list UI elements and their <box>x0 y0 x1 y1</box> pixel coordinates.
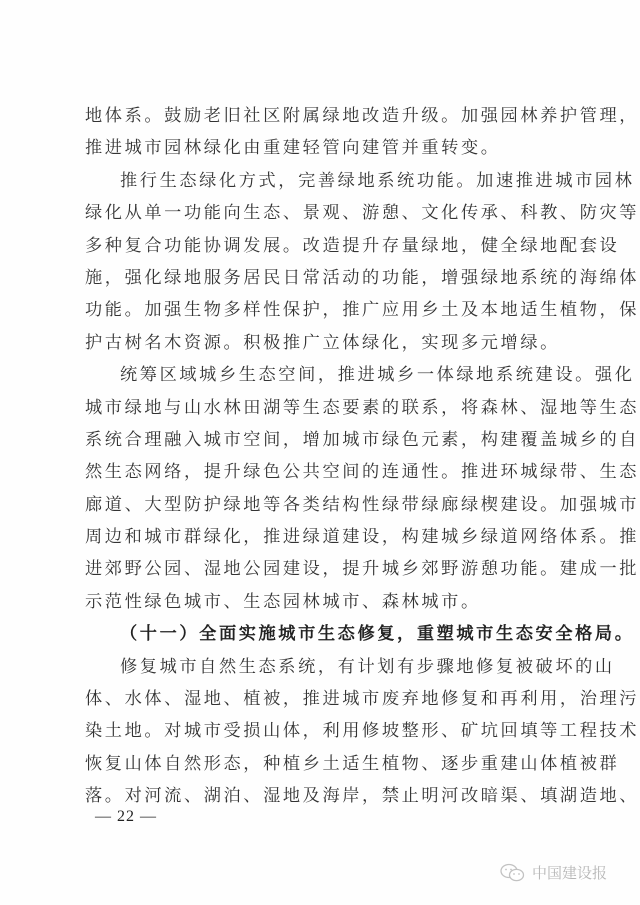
section-heading: （十一）全面实施城市生态修复，重塑城市生态安全格局。 <box>85 618 555 650</box>
text-line: 系统合理融入城市空间，增加城市绿色元素，构建覆盖城乡的自 <box>85 424 555 456</box>
text-line: 绿化从单一功能向生态、景观、游憩、文化传承、科教、防灾等 <box>85 197 555 229</box>
text-line: 示范性绿色城市、生态园林城市、森林城市。 <box>85 586 555 618</box>
text-line: 周边和城市群绿化，推进绿道建设，构建城乡绿道网络体系。推 <box>85 521 555 553</box>
document-page: 地体系。鼓励老旧社区附属绿地改造升级。加强园林养护管理，推进城市园林绿化由重建轻… <box>0 0 640 905</box>
text-line: 体、水体、湿地、植被，推进城市废弃地修复和再利用，治理污 <box>85 683 555 715</box>
document-body: 地体系。鼓励老旧社区附属绿地改造升级。加强园林养护管理，推进城市园林绿化由重建轻… <box>85 100 555 813</box>
text-line: 推进城市园林绿化由重建轻管向建管并重转变。 <box>85 132 555 164</box>
text-line: 施，强化绿地服务居民日常活动的功能，增强绿地系统的海绵体 <box>85 262 555 294</box>
text-line: 护古树名木资源。积极推广立体绿化，实现多元增绿。 <box>85 327 555 359</box>
text-line: 功能。加强生物多样性保护，推广应用乡土及本地适生植物，保 <box>85 294 555 326</box>
text-line: 统筹区域城乡生态空间，推进城乡一体绿地系统建设。强化 <box>85 359 555 391</box>
text-line: 染土地。对城市受损山体，利用修坡整形、矿坑回填等工程技术 <box>85 715 555 747</box>
watermark: 中国建设报 <box>500 862 607 883</box>
text-line: 多种复合功能协调发展。改造提升存量绿地，健全绿地配套设 <box>85 230 555 262</box>
text-line: 恢复山体自然形态，种植乡土适生植物、逐步重建山体植被群 <box>85 748 555 780</box>
text-line: 地体系。鼓励老旧社区附属绿地改造升级。加强园林养护管理， <box>85 100 555 132</box>
wechat-icon <box>500 863 526 883</box>
text-line: 然生态网络，提升绿色公共空间的连通性。推进环城绿带、生态 <box>85 456 555 488</box>
text-line: 推行生态绿化方式，完善绿地系统功能。加速推进城市园林 <box>85 165 555 197</box>
page-number: — 22 — <box>95 808 157 826</box>
text-line: 进郊野公园、湿地公园建设，提升城乡郊野游憩功能。建成一批 <box>85 553 555 585</box>
watermark-text: 中国建设报 <box>532 862 607 883</box>
text-line: 廊道、大型防护绿地等各类结构性绿带绿廊绿楔建设。加强城市 <box>85 489 555 521</box>
text-line: 修复城市自然生态系统，有计划有步骤地修复被破坏的山 <box>85 651 555 683</box>
text-line: 城市绿地与山水林田湖等生态要素的联系，将森林、湿地等生态 <box>85 392 555 424</box>
